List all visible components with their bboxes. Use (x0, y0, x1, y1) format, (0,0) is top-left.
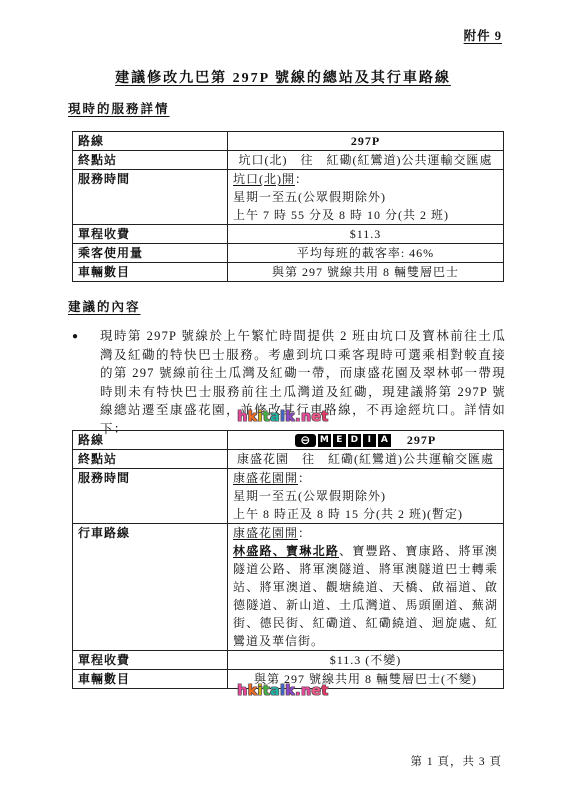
section-heading-current-service: 現時的服務詳情 (68, 99, 170, 117)
row-value: 與第 297 號線共用 8 輛雙層巴士 (228, 263, 504, 282)
current-service-table: 路線 297P 終點站 坑口(北) 往 紅磡(紅鸞道)公共運輸交匯處 服務時間 … (72, 131, 504, 282)
table-row-terminus: 終點站 坑口(北) 往 紅磡(紅鸞道)公共運輸交匯處 (73, 151, 504, 170)
row-value: $11.3 (不變) (228, 651, 504, 670)
table-row-route: 路線 ⊖ MEDIA 297P (73, 431, 504, 450)
service-times-line: 上午 8 時正及 8 時 15 分(共 2 班)(暫定) (233, 505, 498, 523)
row-value: 平均每班的載客率: 46% (228, 244, 504, 263)
table-row-routing: 行車路線 康盛花園開： 林盛路、寶琳北路、寶豐路、寶康路、將軍澳隧道公路、將軍澳… (73, 524, 504, 651)
row-value: 與第 297 號線共用 8 輛雙層巴士(不變) (228, 670, 504, 689)
table-row-fare: 單程收費 $11.3 (不變) (73, 651, 504, 670)
row-value: 康盛花園開： 星期一至五(公眾假期除外) 上午 8 時正及 8 時 15 分(共… (228, 469, 504, 524)
routing-rest: 、寶豐路、寶康路、將軍澳隧道公路、將軍澳隧道、將軍澳隧道巴士轉乘站、將軍澳道、觀… (233, 544, 498, 648)
table-row-patronage: 乘客使用量 平均每班的載客率: 46% (73, 244, 504, 263)
row-label: 車輛數目 (73, 670, 228, 689)
row-value: 康盛花園 往 紅磡(紅鸞道)公共運輸交匯處 (228, 450, 504, 469)
service-origin-line: 康盛花園開： (233, 469, 498, 487)
table-row-fleet: 車輛數目 與第 297 號線共用 8 輛雙層巴士(不變) (73, 670, 504, 689)
table-row-terminus: 終點站 康盛花園 往 紅磡(紅鸞道)公共運輸交匯處 (73, 450, 504, 469)
row-value: $11.3 (228, 225, 504, 244)
row-label: 服務時間 (73, 170, 228, 225)
row-label: 路線 (73, 132, 228, 151)
service-days-line: 星期一至五(公眾假期除外) (233, 487, 498, 505)
service-days-line: 星期一至五(公眾假期除外) (233, 188, 498, 206)
proposal-paragraph: ● 現時第 297P 號線於上午繁忙時間提供 2 班由坑口及寶林前往土瓜灣及紅磡… (72, 327, 506, 439)
document-page: 附件 9 建議修改九巴第 297P 號線的總站及其行車路線 現時的服務詳情 路線… (0, 0, 566, 800)
row-label: 行車路線 (73, 524, 228, 651)
proposed-service-table: 路線 ⊖ MEDIA 297P 終點站 康盛花園 往 紅磡(紅鸞道)公共運輸交匯… (72, 430, 504, 689)
table-row-service-hours: 服務時間 坑口(北)開： 星期一至五(公眾假期除外) 上午 7 時 55 分及 … (73, 170, 504, 225)
page-title: 建議修改九巴第 297P 號線的總站及其行車路線 (0, 67, 566, 87)
proposal-text: 現時第 297P 號線於上午繁忙時間提供 2 班由坑口及寶林前往土瓜灣及紅磡的特… (100, 327, 506, 439)
row-value: 坑口(北)開： 星期一至五(公眾假期除外) 上午 7 時 55 分及 8 時 1… (228, 170, 504, 225)
section-heading-proposal: 建議的內容 (68, 297, 141, 315)
table-row-service-hours: 服務時間 康盛花園開： 星期一至五(公眾假期除外) 上午 8 時正及 8 時 1… (73, 469, 504, 524)
row-label: 車輛數目 (73, 263, 228, 282)
service-origin-line: 坑口(北)開： (233, 170, 498, 188)
row-label: 終點站 (73, 450, 228, 469)
media-logo: ⊖ MEDIA (295, 434, 391, 447)
attachment-label: 附件 9 (464, 26, 502, 44)
row-label: 乘客使用量 (73, 244, 228, 263)
routing-new-roads: 林盛路、寶琳北路 (233, 544, 339, 558)
service-times-line: 上午 7 時 55 分及 8 時 10 分(共 2 班) (233, 206, 498, 224)
row-label: 終點站 (73, 151, 228, 170)
bullet-icon: ● (72, 328, 79, 347)
routing-roads: 林盛路、寶琳北路、寶豐路、寶康路、將軍澳隧道公路、將軍澳隧道、將軍澳隧道巴士轉乘… (233, 542, 498, 650)
row-value: ⊖ MEDIA 297P (228, 431, 504, 450)
routing-origin-line: 康盛花園開： (233, 524, 498, 542)
table-row-fare: 單程收費 $11.3 (73, 225, 504, 244)
route-number: 297P (407, 431, 436, 449)
row-label: 單程收費 (73, 651, 228, 670)
row-value: 297P (228, 132, 504, 151)
row-value: 坑口(北) 往 紅磡(紅鸞道)公共運輸交匯處 (228, 151, 504, 170)
media-logo-letters: MEDIA (318, 434, 391, 447)
media-logo-icon: ⊖ (295, 434, 316, 447)
row-label: 路線 (73, 431, 228, 450)
row-label: 單程收費 (73, 225, 228, 244)
row-label: 服務時間 (73, 469, 228, 524)
row-value: 康盛花園開： 林盛路、寶琳北路、寶豐路、寶康路、將軍澳隧道公路、將軍澳隧道、將軍… (228, 524, 504, 651)
page-number-footer: 第 1 頁，共 3 頁 (411, 753, 503, 769)
table-row-route: 路線 297P (73, 132, 504, 151)
table-row-fleet: 車輛數目 與第 297 號線共用 8 輛雙層巴士 (73, 263, 504, 282)
